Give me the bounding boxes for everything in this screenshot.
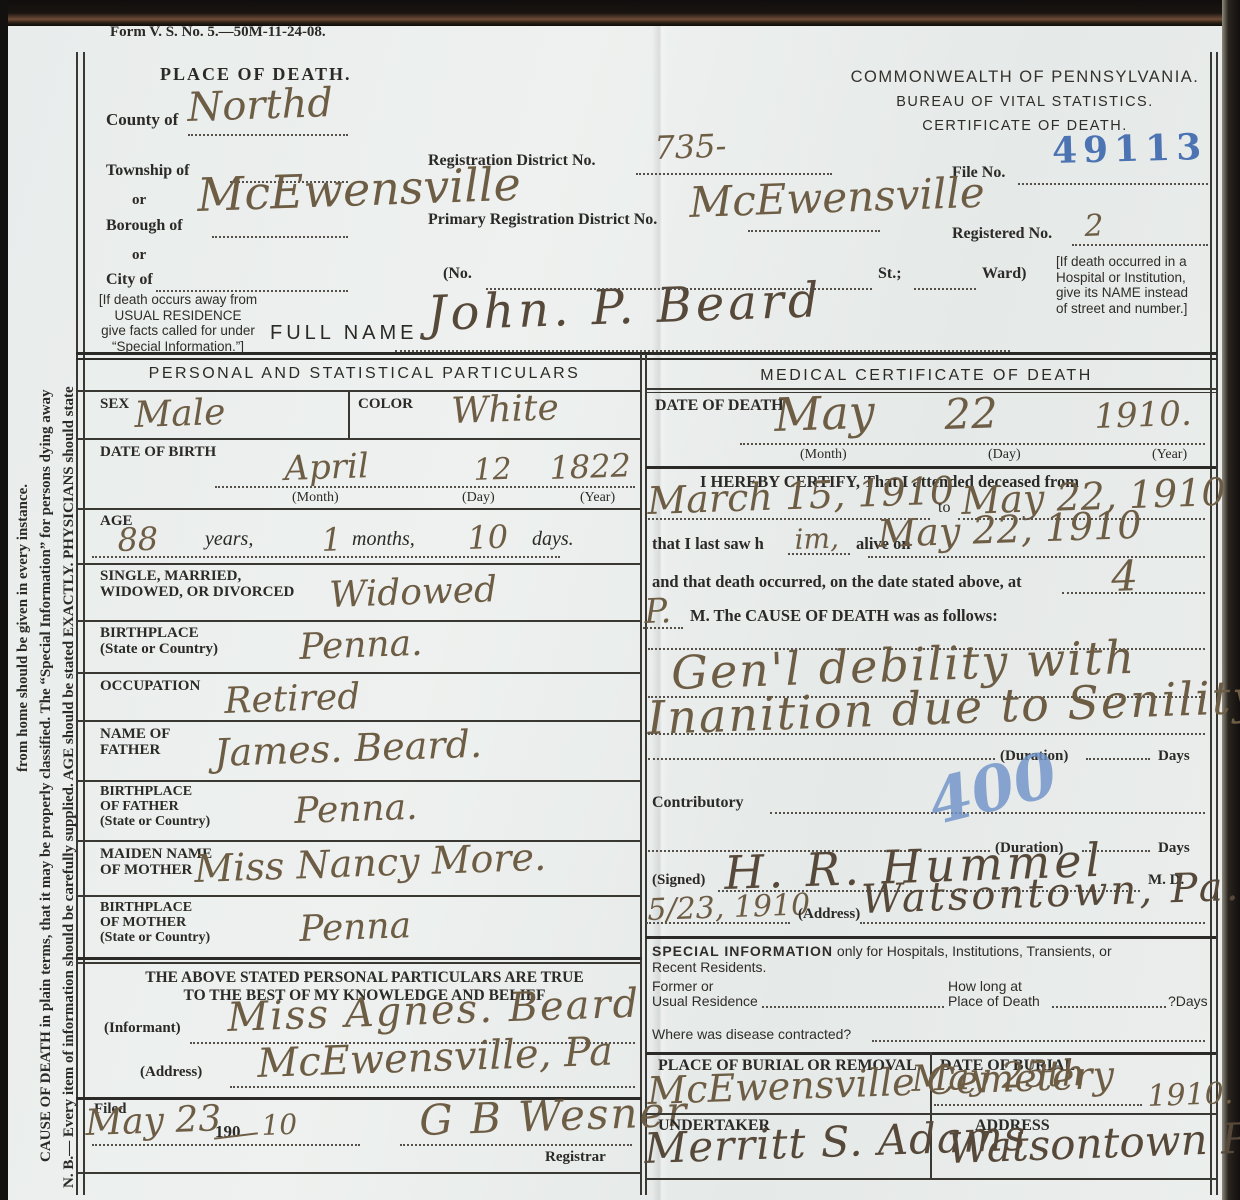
rule bbox=[76, 895, 642, 897]
place-of-death-small-label: Place of Death bbox=[948, 993, 1040, 1009]
rule bbox=[76, 508, 642, 510]
registered-no-label: Registered No. bbox=[952, 226, 1052, 242]
rule bbox=[76, 720, 642, 722]
sex-color-divider bbox=[348, 392, 350, 438]
last-saw-prefix: that I last saw h bbox=[652, 536, 764, 552]
commonwealth-title: COMMONWEALTH OF PENNSYLVANIA. bbox=[845, 68, 1205, 87]
burial-year-value: 1910. bbox=[1147, 1079, 1234, 1112]
burial-date-value: May 25th bbox=[911, 1056, 1086, 1098]
county-label: County of bbox=[106, 112, 178, 128]
days-question-label: ?Days bbox=[1168, 993, 1208, 1009]
border-left-outer bbox=[76, 52, 78, 1195]
primary-registration-line bbox=[748, 230, 880, 232]
dob-year-sublabel: (Year) bbox=[580, 490, 615, 506]
borough-label: Borough of bbox=[106, 218, 183, 234]
street-no-line bbox=[486, 288, 872, 290]
age-years-value: 88 bbox=[117, 523, 159, 556]
border-right-inner bbox=[1210, 52, 1212, 1195]
or-label-1: or bbox=[132, 192, 146, 208]
sex-label: SEX bbox=[100, 396, 129, 412]
occupation-label: OCCUPATION bbox=[100, 678, 200, 694]
father-birthplace-value: Penna. bbox=[294, 790, 418, 830]
ward-line bbox=[914, 288, 976, 290]
scan-edge-right bbox=[1222, 0, 1240, 1200]
borough-value: McEwensville bbox=[196, 161, 521, 218]
margin-note-line3: from home should be given in every insta… bbox=[12, 68, 35, 1188]
days-label-2: Days bbox=[1158, 840, 1190, 856]
last-saw-date: May 22, 1910 bbox=[877, 506, 1143, 553]
dod-day-sublabel: (Day) bbox=[988, 447, 1021, 463]
registrar-label: Registrar bbox=[545, 1149, 606, 1165]
sex-value: Male bbox=[134, 395, 226, 434]
special-info-text2: Recent Residents. bbox=[652, 959, 766, 975]
birthplace-label: BIRTHPLACE (State or Country) bbox=[100, 625, 218, 657]
last-saw-fill-line bbox=[788, 553, 850, 555]
father-name-label: NAME OF FATHER bbox=[100, 726, 170, 758]
personal-section-title: PERSONAL AND STATISTICAL PARTICULARS bbox=[92, 365, 637, 383]
birthplace-value: Penna. bbox=[299, 626, 423, 666]
filed-line bbox=[92, 1144, 360, 1146]
hospital-note: [If death occurred in a Hospital or Inst… bbox=[1056, 254, 1226, 316]
registration-district-label: Registration District No. bbox=[428, 153, 596, 169]
informant-address-label: (Address) bbox=[140, 1064, 202, 1080]
county-line bbox=[188, 134, 348, 136]
filed-date-value: May 23 bbox=[85, 1101, 222, 1142]
column-divider-outer bbox=[640, 354, 642, 1195]
last-saw-date-line bbox=[868, 556, 1205, 558]
rule bbox=[76, 563, 642, 565]
mother-birthplace-value: Penna bbox=[299, 908, 412, 948]
how-long-label: How long at bbox=[948, 978, 1022, 994]
mother-name-value: Miss Nancy More. bbox=[194, 838, 547, 888]
scan-edge-left bbox=[0, 0, 8, 1200]
full-name-value: John. P. Beard bbox=[426, 276, 823, 338]
border-left-inner bbox=[83, 52, 85, 1195]
last-saw-fill: im, bbox=[794, 524, 839, 554]
rule bbox=[646, 388, 1216, 390]
pm-hand-value: P. bbox=[644, 594, 672, 629]
margin-note-line2: CAUSE OF DEATH in plain terms, that it m… bbox=[35, 68, 58, 1188]
dob-month-value: April bbox=[284, 449, 369, 486]
dod-year-value: 1910. bbox=[1094, 397, 1192, 434]
marital-label: SINGLE, MARRIED, WIDOWED, OR DIVORCED bbox=[100, 568, 294, 600]
mother-birthplace-label: BIRTHPLACE OF MOTHER (State or Country) bbox=[100, 900, 210, 945]
filed-year-hand: 10 bbox=[261, 1111, 298, 1140]
informant-label: (Informant) bbox=[104, 1020, 181, 1036]
file-number-stamp: 49113 bbox=[1051, 126, 1207, 172]
occupation-value: Retired bbox=[224, 679, 361, 720]
color-label: COLOR bbox=[358, 396, 413, 412]
dod-month-value: May bbox=[773, 389, 875, 438]
pm-line bbox=[643, 627, 683, 629]
rule-heavy bbox=[646, 936, 1216, 939]
marital-value: Widowed bbox=[329, 572, 498, 614]
township-label: Township of bbox=[106, 163, 189, 179]
full-name-label: FULL NAME bbox=[270, 322, 418, 345]
rule bbox=[646, 392, 1216, 394]
dob-month-sublabel: (Month) bbox=[292, 490, 339, 506]
special-info-heading: SPECIAL INFORMATION only for Hospitals, … bbox=[652, 943, 1208, 959]
dod-day-value: 22 bbox=[944, 392, 999, 436]
rule bbox=[76, 672, 642, 674]
how-long-line bbox=[1052, 1006, 1166, 1008]
city-label: City of bbox=[106, 272, 153, 288]
registration-district-value: 735- bbox=[654, 130, 727, 164]
dob-day-value: 12 bbox=[473, 455, 512, 486]
father-birthplace-label: BIRTHPLACE OF FATHER (State or Country) bbox=[100, 784, 210, 829]
days-label-1: Days bbox=[1158, 748, 1190, 764]
burial-date-line bbox=[934, 1104, 1142, 1106]
signed-date-value: 5/23, 1910 bbox=[647, 890, 811, 926]
rule bbox=[76, 1172, 642, 1174]
registered-no-line bbox=[1072, 244, 1208, 246]
primary-registration-label: Primary Registration District No. bbox=[428, 212, 657, 228]
primary-registration-value: McEwensville bbox=[689, 172, 986, 224]
usual-residence-note: [If death occurs away from USUAL RESIDEN… bbox=[90, 292, 266, 354]
usual-residence-line bbox=[762, 1006, 944, 1008]
street-no-label: (No. bbox=[443, 266, 472, 282]
informant-address-value: McEwensville, Pa bbox=[257, 1032, 614, 1084]
rule bbox=[646, 1178, 1216, 1180]
dob-year-value: 1822 bbox=[549, 449, 632, 484]
dob-day-sublabel: (Day) bbox=[462, 490, 495, 506]
undertaker-address-value: Watsontown Pa bbox=[947, 1117, 1240, 1170]
signed-label: (Signed) bbox=[652, 872, 705, 888]
days-word: days. bbox=[532, 531, 574, 547]
duration-line1b bbox=[1086, 758, 1150, 760]
dod-month-sublabel: (Month) bbox=[800, 447, 847, 463]
registered-no-value: 2 bbox=[1084, 211, 1104, 242]
dob-line bbox=[215, 486, 635, 488]
duration-line1a bbox=[648, 758, 995, 760]
dod-line bbox=[740, 443, 1205, 445]
usual-residence-label: Usual Residence bbox=[652, 993, 758, 1009]
full-name-line bbox=[395, 350, 1010, 352]
rule bbox=[76, 438, 642, 440]
contributory-label: Contributory bbox=[652, 795, 744, 811]
father-name-value: James. Beard. bbox=[214, 725, 483, 772]
former-label: Former or bbox=[652, 978, 713, 994]
registrar-line bbox=[400, 1144, 632, 1146]
death-time-value: 4 bbox=[1111, 555, 1139, 598]
rule bbox=[76, 962, 642, 964]
cause-line-rule3 bbox=[648, 733, 1205, 735]
signed-address-label: (Address) bbox=[798, 906, 860, 922]
cause-of-death-text: M. The CAUSE OF DEATH was as follows: bbox=[690, 608, 998, 624]
header-rule-light bbox=[76, 358, 1217, 360]
form-number: Form V. S. No. 5.—50M-11-24-08. bbox=[110, 24, 326, 40]
months-word: months, bbox=[352, 531, 415, 547]
dob-label: DATE OF BIRTH bbox=[100, 444, 216, 460]
special-info-text: only for Hospitals, Institutions, Transi… bbox=[833, 943, 1112, 959]
special-info-title: SPECIAL INFORMATION bbox=[652, 943, 833, 959]
file-no-line bbox=[1018, 183, 1208, 185]
disease-contracted-line bbox=[872, 1040, 1205, 1042]
signed-date-line bbox=[646, 922, 790, 924]
rule bbox=[76, 780, 642, 782]
borough-line bbox=[212, 236, 348, 238]
scan-edge-top bbox=[0, 0, 1240, 26]
rule-heavy bbox=[76, 957, 642, 960]
age-days-value: 10 bbox=[467, 521, 509, 554]
margin-note-line1: N. B.— Every item of information should … bbox=[58, 68, 81, 1188]
color-value: White bbox=[451, 390, 560, 430]
bureau-title: BUREAU OF VITAL STATISTICS. bbox=[845, 94, 1205, 110]
county-value: Northd bbox=[187, 83, 334, 128]
ward-label: Ward) bbox=[982, 266, 1026, 282]
death-occurred-text: and that death occurred, on the date sta… bbox=[652, 574, 1022, 590]
informant-address-line bbox=[230, 1086, 635, 1088]
disease-contracted-label: Where was disease contracted? bbox=[652, 1026, 851, 1042]
medical-section-title: MEDICAL CERTIFICATE OF DEATH bbox=[648, 367, 1205, 385]
rule bbox=[76, 620, 642, 622]
street-label: St.; bbox=[878, 266, 902, 282]
dod-year-sublabel: (Year) bbox=[1152, 447, 1187, 463]
years-word: years, bbox=[205, 531, 253, 547]
death-certificate-scan: from home should be given in every insta… bbox=[0, 0, 1240, 1200]
margin-note-vertical: from home should be given in every insta… bbox=[12, 68, 82, 1188]
date-of-death-label: DATE OF DEATH bbox=[655, 398, 784, 414]
age-months-value: 1 bbox=[321, 523, 342, 556]
border-right-outer bbox=[1216, 52, 1218, 1195]
signed-address-line bbox=[860, 922, 1205, 924]
or-label-2: or bbox=[132, 247, 146, 263]
